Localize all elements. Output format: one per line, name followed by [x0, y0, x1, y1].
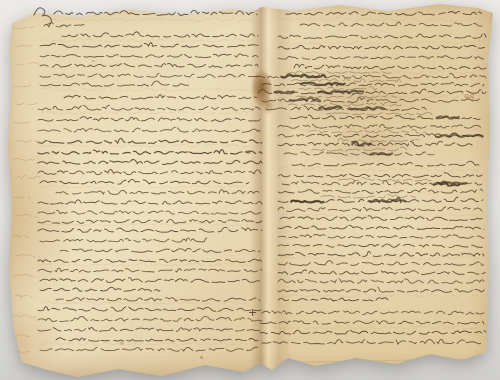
fox-spot — [92, 60, 95, 62]
ink-blot — [246, 150, 251, 154]
fox-spot — [352, 368, 357, 371]
bottom-fold-crease — [300, 358, 480, 362]
fox-spot — [332, 300, 335, 302]
manuscript-photo: + 98 — [0, 0, 500, 380]
marginal-number-annotation: 98 — [464, 93, 474, 102]
marginal-plus-mark: + — [248, 306, 257, 319]
fox-spot — [120, 342, 124, 345]
paper-shadow-wrap — [0, 0, 500, 380]
top-right-crease — [464, 0, 500, 13]
fox-spot — [460, 252, 463, 255]
manuscript-paper — [0, 0, 500, 380]
fox-spot — [430, 182, 434, 185]
fox-spot — [200, 356, 203, 359]
